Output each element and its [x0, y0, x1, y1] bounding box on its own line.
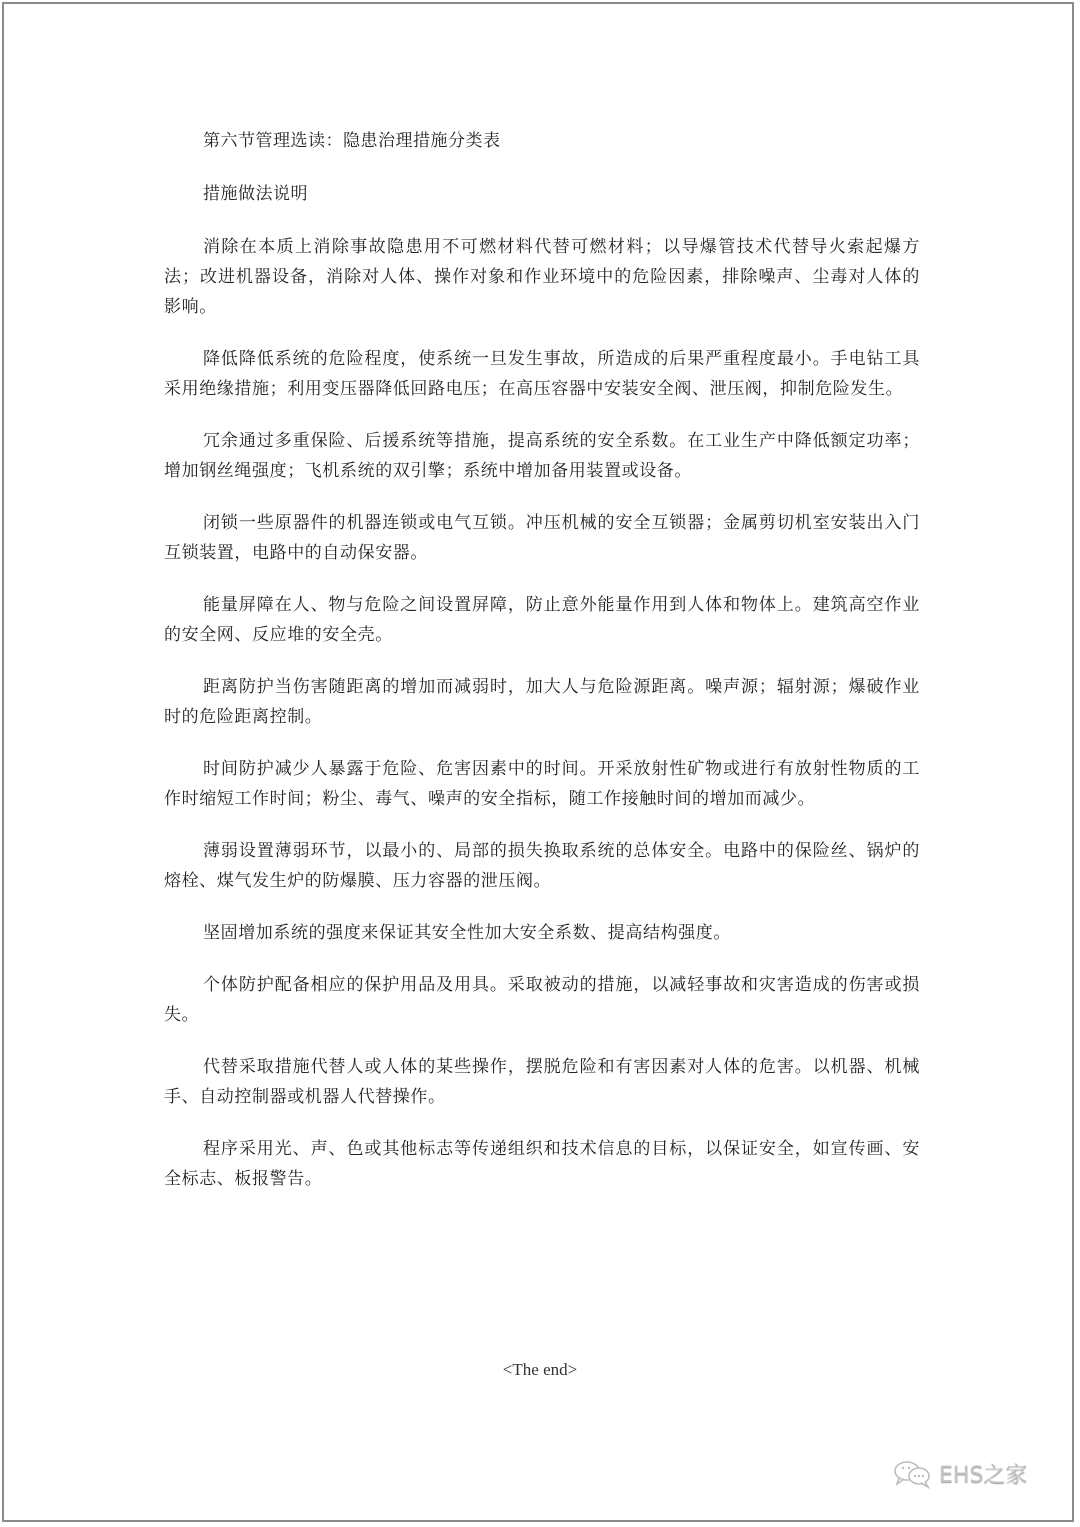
paragraph-reinforcement: 坚固增加系统的强度来保证其安全性加大安全系数、提高结构强度。	[164, 918, 920, 948]
paragraph-redundancy: 冗余通过多重保险、后援系统等措施，提高系统的安全系数。在工业生产中降低额定功率；…	[164, 426, 920, 486]
paragraph-personal-protection: 个体防护配备相应的保护用品及用具。采取被动的措施，以减轻事故和灾害造成的伤害或损…	[164, 970, 920, 1030]
paragraph-interlock: 闭锁一些原器件的机器连锁或电气互锁。冲压机械的安全互锁器；金属剪切机室安装出入门…	[164, 508, 920, 568]
wechat-icon	[893, 1459, 933, 1489]
paragraph-distance-protection: 距离防护当伤害随距离的增加而减弱时，加大人与危险源距离。噪声源；辐射源；爆破作业…	[164, 672, 920, 732]
section-subtitle: 措施做法说明	[164, 179, 920, 209]
paragraph-energy-barrier: 能量屏障在人、物与危险之间设置屏障，防止意外能量作用到人体和物体上。建筑高空作业…	[164, 590, 920, 650]
watermark-label: EHS之家	[939, 1458, 1027, 1489]
paragraph-weak-link: 薄弱设置薄弱环节，以最小的、局部的损失换取系统的总体安全。电路中的保险丝、锅炉的…	[164, 836, 920, 896]
paragraph-reduction: 降低降低系统的危险程度，使系统一旦发生事故，所造成的后果严重程度最小。手电钻工具…	[164, 344, 920, 404]
paragraph-procedure: 程序采用光、声、色或其他标志等传递组织和技术信息的目标，以保证安全，如宣传画、安…	[164, 1134, 920, 1194]
paragraph-time-protection: 时间防护减少人暴露于危险、危害因素中的时间。开采放射性矿物或进行有放射性物质的工…	[164, 754, 920, 814]
section-title: 第六节管理选读：隐患治理措施分类表	[164, 126, 920, 156]
end-marker: <The end>	[0, 1360, 1080, 1380]
paragraph-substitution: 代替采取措施代替人或人体的某些操作，摆脱危险和有害因素对人体的危害。以机器、机械…	[164, 1052, 920, 1112]
watermark: EHS之家	[893, 1458, 1027, 1489]
paragraph-elimination: 消除在本质上消除事故隐患用不可燃材料代替可燃材料；以导爆管技术代替导火索起爆方法…	[164, 232, 920, 322]
document-body: 第六节管理选读：隐患治理措施分类表 措施做法说明 消除在本质上消除事故隐患用不可…	[164, 126, 920, 1216]
